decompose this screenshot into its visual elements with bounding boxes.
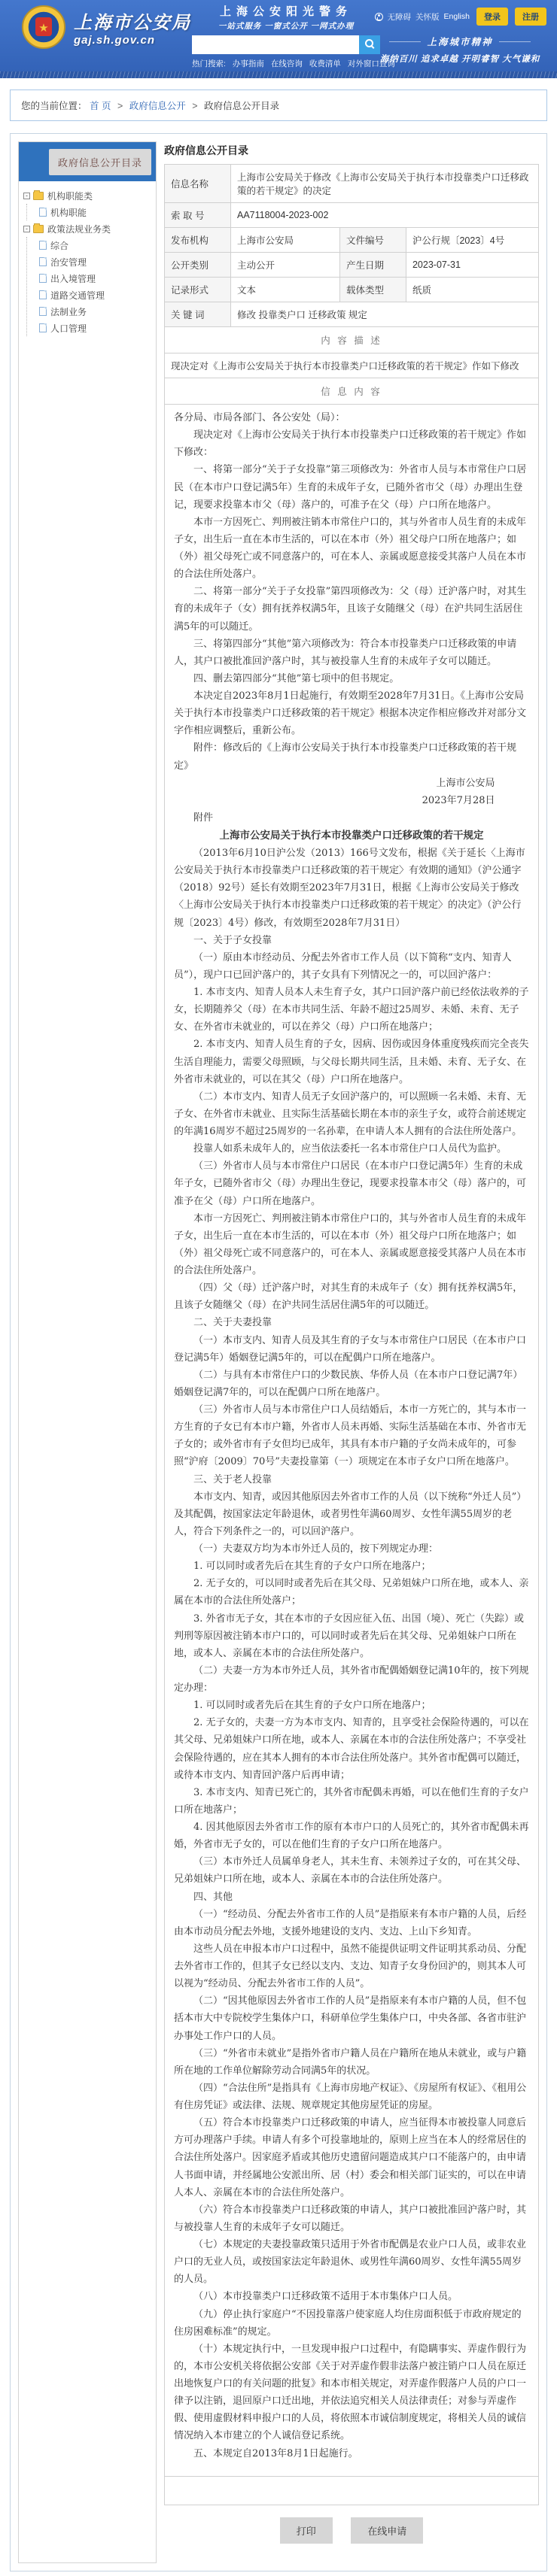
breadcrumb-label: 您的当前位置： [21, 101, 87, 111]
sidebar-title-tab[interactable]: 政府信息公开目录 [49, 149, 151, 175]
document-paragraph: 1. 可以同时或者先后在其生育的子女户口所在地落户； [174, 1558, 529, 1575]
document-paragraph: 上海市公安局关于执行本市投靠类户口迁移政策的若干规定 [174, 827, 529, 845]
table-row: 信 息 内 容 [165, 378, 539, 405]
document-paragraph: 四、其他 [174, 1889, 529, 1906]
document-paragraph: 二、关于夫妻投靠 [174, 1314, 529, 1331]
file-icon [39, 307, 47, 316]
document-paragraph: 投靠人如系未成年人的，应当依法委托一名本市常住户口人员代为监护。 [174, 1140, 529, 1158]
table-row: 各分局、市局各部门、各公安处（局）：现决定对《上海市公安局关于执行本市投靠类户口… [165, 405, 539, 2477]
document-paragraph: 2. 本市支内、知青人员生育的子女，因病、因伤或因身体重度残疾而完全丧失生活自理… [174, 1036, 529, 1088]
field-label: 载体类型 [339, 278, 406, 302]
tree-folder-label: 机构职能类 [47, 190, 93, 202]
document-paragraph: 3. 外省市无子女，其在本市的子女因应征入伍、出国（境）、死亡（失踪）或判刑等原… [174, 1610, 529, 1662]
online-apply-button[interactable]: 在线申请 [351, 2517, 423, 2544]
document-paragraph: 4. 因其他原因去外省市工作的原有本市户口的人员死亡的，其外省市配偶未再婚，外省… [174, 1819, 529, 1853]
document-paragraph: 三、将第四部分“其他”第六项修改为：符合本市投靠类户口迁移政策的申请人，其户口被… [174, 636, 529, 670]
document-paragraph: 1. 本市支内、知青人员本人未生育子女，其户口回沪落户前已经依法收养的子女，长期… [174, 984, 529, 1036]
city-spirit-title: 上海城市精神 [373, 35, 546, 48]
field-value: 文本 [231, 278, 340, 302]
field-label: 发布机构 [165, 228, 231, 253]
field-label: 关 键 词 [165, 302, 231, 327]
field-value: 2023-07-31 [406, 253, 538, 278]
sidebar-header: 政府信息公开目录 [19, 142, 156, 181]
document-paragraph: （八）本市投靠类户口迁移政策不适用于本市集体户口人员。 [174, 2288, 529, 2305]
field-label: 索 取 号 [165, 203, 231, 228]
folder-icon [33, 192, 44, 200]
tree-leaf-label: 机构职能 [50, 206, 87, 219]
site-title: 上海市公安局 [74, 8, 191, 34]
document-paragraph: （四）父（母）迁沪落户时，对其生育的未成年子（女）拥有抚养权满5年，且该子女随继… [174, 1279, 529, 1314]
file-icon [39, 241, 47, 250]
document-paragraph: （一）“经动员、分配去外省市工作的人员”是指原来有本市户籍的人员，后经由本市动员… [174, 1906, 529, 1940]
field-value: 上海市公安局 [231, 228, 340, 253]
document-paragraph: （二）“因其他原因去外省市工作的人员”是指原来有本市户籍的人员，但不包括本市大中… [174, 1992, 529, 2044]
hot-search-label: 热门搜索: [192, 59, 226, 68]
section-header: 内 容 描 述 [165, 327, 539, 353]
document-paragraph: 2. 无子女的，可以同时或者先后在其父母、兄弟姐妹户口所在地，或本人、亲属在本市… [174, 1575, 529, 1610]
breadcrumb-separator: > [117, 101, 123, 111]
field-label: 公开类别 [165, 253, 231, 278]
accessibility-icon [375, 13, 383, 21]
field-value: 主动公开 [231, 253, 340, 278]
sidebar-tree: -机构职能类机构职能-政策法规业务类综合治安管理出入境管理道路交通管理法制业务人… [19, 181, 156, 342]
breadcrumb: 您的当前位置： 首 页 > 政府信息公开 > 政府信息公开目录 [10, 90, 547, 121]
tree-leaf-item[interactable]: 综合 [39, 237, 151, 253]
table-row: 公开类别主动公开产生日期2023-07-31 [165, 253, 539, 278]
main-panel: 政府信息公开目录 -机构职能类机构职能-政策法规业务类综合治安管理出入境管理道路… [10, 133, 547, 2571]
breadcrumb-home-link[interactable]: 首 页 [90, 101, 111, 111]
field-label: 产生日期 [339, 253, 406, 278]
tree-leaf-item[interactable]: 人口管理 [39, 320, 151, 336]
tree-group: -机构职能类机构职能 [23, 187, 151, 220]
field-value: 纸质 [406, 278, 538, 302]
file-icon [39, 290, 47, 299]
description-text: 现决定对《上海市公安局关于执行本市投靠类户口迁移政策的若干规定》作如下修改 [165, 353, 539, 378]
logo-area[interactable]: ★ 上海市公安局 gaj.sh.gov.cn [21, 5, 191, 50]
document-paragraph: （九）停止执行家庭户“不因投靠落户使家庭人均住房面积低于市政府规定的住房困难标准… [174, 2306, 529, 2341]
document-paragraph: （2013年6月10日沪公发（2013）166号文发布，根据《关于延长〈上海市公… [174, 845, 529, 932]
print-button[interactable]: 打印 [280, 2517, 333, 2544]
tree-folder-item[interactable]: -机构职能类 [23, 187, 151, 204]
svg-text:★: ★ [38, 22, 48, 35]
tree-leaf-label: 出入境管理 [50, 272, 96, 285]
document-paragraph: （三）外省市人员与本市常住户口人员结婚后，本市一方死亡的，其与本市一方生育的子女… [174, 1401, 529, 1471]
document-body: 各分局、市局各部门、各公安处（局）：现决定对《上海市公安局关于执行本市投靠类户口… [174, 409, 529, 2462]
document-paragraph: （一）夫妻双方均为本市外迁人员的，按下列规定办理： [174, 1540, 529, 1558]
page-title: 政府信息公开目录 [164, 143, 539, 158]
document-paragraph: 本决定自2023年8月1日起施行，有效期至2028年7月31日。《上海市公安局关… [174, 687, 529, 739]
hot-search-link[interactable]: 办事指南 [233, 59, 264, 68]
document-paragraph: （七）本规定的夫妻投靠政策只适用于外省市配偶是农业户口人员，或非农业户口的无业人… [174, 2236, 529, 2288]
hot-search-link[interactable]: 在线咨询 [271, 59, 303, 68]
document-paragraph: （三）外省市人员与本市常住户口居民（在本市户口登记满5年）生育的未成年子女，已随… [174, 1158, 529, 1209]
divider-line [499, 41, 531, 42]
site-header: ★ 上海市公安局 gaj.sh.gov.cn 上海公安阳光警务 一站式服务 一窗… [0, 0, 557, 71]
document-paragraph: 本市一方因死亡、判刑被注销本市常住户口的，其与外省市人员生育的未成年子女，出生后… [174, 1210, 529, 1280]
file-icon [39, 274, 47, 283]
accessibility-link[interactable]: 无障碍 [388, 11, 412, 23]
police-badge-logo-icon: ★ [21, 5, 66, 50]
document-paragraph: （五）符合本市投靠类户口迁移政策的申请人，应当征得本市被投靠人同意后方可办理落户… [174, 2114, 529, 2201]
action-button-row: 打印 在线申请 [164, 2517, 539, 2544]
document-paragraph: （三）本市外迁人员属单身老人，其未生育、未领养过子女的，可在其父母、兄弟姐妹户口… [174, 1853, 529, 1888]
english-link[interactable]: English [444, 12, 470, 21]
tree-folder-item[interactable]: -政策法规业务类 [23, 220, 151, 237]
document-paragraph: 1. 可以同时或者先后在其生育的子女户口所在地落户； [174, 1697, 529, 1714]
table-row: 发布机构上海市公安局文件编号沪公行规〔2023〕4号 [165, 228, 539, 253]
empty-row [165, 2476, 539, 2505]
breadcrumb-gov-info-link[interactable]: 政府信息公开 [129, 101, 186, 111]
header-right: 无障碍 关怀版 English 登录 注册 上海城市精神 海纳百川 追求卓越 开… [373, 8, 546, 65]
tree-leaf-item[interactable]: 治安管理 [39, 253, 151, 270]
field-value: 修改 投靠类户口 迁移政策 规定 [231, 302, 539, 327]
care-mode-link[interactable]: 关怀版 [415, 11, 440, 23]
document-paragraph: 现决定对《上海市公安局关于执行本市投靠类户口迁移政策的若干规定》作如下修改： [174, 426, 529, 461]
document-paragraph: （一）原由本市经动员、分配去外省市工作人员（以下简称“支内、知青人员”），现户口… [174, 949, 529, 984]
city-spirit-motto: 海纳百川 追求卓越 开明睿智 大气谦和 [373, 53, 546, 65]
document-paragraph: 五、本规定自2013年8月1日起施行。 [174, 2445, 529, 2462]
header-decorative-strip [0, 71, 557, 78]
site-domain: gaj.sh.gov.cn [74, 34, 191, 47]
search-input[interactable] [192, 35, 359, 54]
document-paragraph: （一）本市支内、知青人员及其生育的子女与本市常住户口居民（在本市户口登记满5年）… [174, 1332, 529, 1367]
tree-leaf-label: 综合 [50, 239, 68, 252]
slogan-subtitle: 一站式服务 一窗式公开 一网式办理 [192, 20, 380, 32]
login-button[interactable]: 登录 [476, 8, 508, 26]
document-paragraph: 一、将第一部分“关于子女投靠”第三项修改为：外省市人员与本市常住户口居民（在本市… [174, 461, 529, 513]
document-paragraph: 2. 无子女的，夫妻一方为本市支内、知青的，且享受社会保险待遇的，可以在其父母、… [174, 1714, 529, 1784]
content-area: 政府信息公开目录 信息名称上海市公安局关于修改《上海市公安局关于执行本市投靠类户… [164, 141, 539, 2563]
breadcrumb-current: 政府信息公开目录 [204, 101, 279, 111]
table-row: 内 容 描 述 [165, 327, 539, 353]
sidebar: 政府信息公开目录 -机构职能类机构职能-政策法规业务类综合治安管理出入境管理道路… [18, 141, 157, 2563]
register-button[interactable]: 注册 [515, 8, 546, 26]
table-row: 记录形式文本载体类型纸质 [165, 278, 539, 302]
divider-line [389, 41, 421, 42]
tree-children: 综合治安管理出入境管理道路交通管理法制业务人口管理 [26, 237, 151, 336]
file-icon [39, 208, 47, 217]
hot-search-link[interactable]: 收费清单 [309, 59, 341, 68]
document-paragraph: 本市支内、知青，或因其他原因去外省市工作的人员（以下统称“外迁人员”）及其配偶，… [174, 1488, 529, 1540]
field-value: 上海市公安局关于修改《上海市公安局关于执行本市投靠类户口迁移政策的若干规定》的决… [231, 165, 539, 203]
field-label: 记录形式 [165, 278, 231, 302]
tree-leaf-item[interactable]: 出入境管理 [39, 270, 151, 287]
table-row [165, 2476, 539, 2505]
header-center: 上海公安阳光警务 一站式服务 一窗式公开 一网式办理 热门搜索:办事指南在线咨询… [192, 3, 380, 69]
tree-leaf-label: 道路交通管理 [50, 289, 105, 302]
table-row: 信息名称上海市公安局关于修改《上海市公安局关于执行本市投靠类户口迁移政策的若干规… [165, 165, 539, 203]
document-paragraph: 一、关于子女投靠 [174, 932, 529, 949]
document-paragraph: （六）符合本市投靠类户口迁移政策的申请人，其户口被批准回沪落户时，其与被投靠人生… [174, 2201, 529, 2236]
document-paragraph: 二、将第一部分“关于子女投靠”第四项修改为：父（母）迁沪落户时，对其生育的未成年… [174, 583, 529, 635]
collapse-icon[interactable]: - [23, 226, 30, 232]
file-icon [39, 257, 47, 266]
tree-leaf-item[interactable]: 机构职能 [39, 204, 151, 220]
document-paragraph: 上海市公安局 [174, 775, 529, 792]
document-paragraph: （二）夫妻一方为本市外迁人员，其外省市配偶婚姻登记满10年的，按下列规定办理： [174, 1662, 529, 1697]
document-paragraph: （二）本市支内、知青人员无子女回沪落户的，可以照顾一名未婚、未育、无子女、在外省… [174, 1088, 529, 1140]
document-paragraph: （四）“合法住所”是指具有《上海市房地产权证》、《房屋所有权证》、《租用公有住房… [174, 2080, 529, 2114]
page-root: ★ 上海市公安局 gaj.sh.gov.cn 上海公安阳光警务 一站式服务 一窗… [0, 0, 557, 2571]
tree-children: 机构职能 [26, 204, 151, 220]
document-paragraph: 附件：修改后的《上海市公安局关于执行本市投靠类户口迁移政策的若干规定》 [174, 739, 529, 774]
document-paragraph: 这些人员在申报本市户口过程中，虽然不能提供证明文件证明其系动员、分配去外省市工作… [174, 1940, 529, 1992]
document-paragraph: 3. 本市支内、知青已死亡的，其外省市配偶未再婚，可以在他们生育的子女户口所在地… [174, 1784, 529, 1819]
document-paragraph: 各分局、市局各部门、各公安处（局）： [174, 409, 529, 426]
tree-leaf-item[interactable]: 道路交通管理 [39, 287, 151, 303]
field-label: 信息名称 [165, 165, 231, 203]
hot-search-row: 热门搜索:办事指南在线咨询收费清单对外窗口查询 [192, 58, 380, 69]
folder-icon [33, 225, 44, 233]
document-paragraph: 本市一方因死亡、判刑被注销本市常住户口的，其与外省市人员生育的未成年子女，出生后… [174, 514, 529, 584]
document-paragraph: 附件 [174, 809, 529, 827]
info-table: 信息名称上海市公安局关于修改《上海市公安局关于执行本市投靠类户口迁移政策的若干规… [164, 164, 539, 2505]
tree-leaf-item[interactable]: 法制业务 [39, 303, 151, 320]
table-row: 关 键 词修改 投靠类户口 迁移政策 规定 [165, 302, 539, 327]
document-paragraph: （十）本规定执行中，一旦发现申报户口过程中，有隐瞒事实、弄虚作假行为的，本市公安… [174, 2341, 529, 2445]
tree-folder-label: 政策法规业务类 [47, 223, 111, 235]
document-paragraph: 三、关于老人投靠 [174, 1471, 529, 1488]
document-paragraph: （二）与具有本市常住户口的少数民族、华侨人员（在本市户口登记满7年）婚姻登记满7… [174, 1367, 529, 1401]
collapse-icon[interactable]: - [23, 193, 30, 199]
tree-group: -政策法规业务类综合治安管理出入境管理道路交通管理法制业务人口管理 [23, 220, 151, 336]
document-paragraph: 2023年7月28日 [174, 792, 529, 809]
tree-leaf-label: 法制业务 [50, 305, 87, 318]
document-cell: 各分局、市局各部门、各公安处（局）：现决定对《上海市公安局关于执行本市投靠类户口… [165, 405, 539, 2477]
document-paragraph: （三）“外省市未就业”是指外省市户籍人员在户籍所在地从未就业，或与户籍所在地的工… [174, 2045, 529, 2080]
slogan-title: 上海公安阳光警务 [192, 3, 380, 19]
field-value: 沪公行规〔2023〕4号 [406, 228, 538, 253]
tree-leaf-label: 治安管理 [50, 256, 87, 269]
file-icon [39, 323, 47, 332]
tree-leaf-label: 人口管理 [50, 322, 87, 335]
section-header: 信 息 内 容 [165, 378, 539, 405]
table-row: 现决定对《上海市公安局关于执行本市投靠类户口迁移政策的若干规定》作如下修改 [165, 353, 539, 378]
breadcrumb-separator: > [192, 101, 197, 111]
field-label: 文件编号 [339, 228, 406, 253]
field-value: AA7118004-2023-002 [231, 203, 539, 228]
table-row: 索 取 号AA7118004-2023-002 [165, 203, 539, 228]
document-paragraph: 四、删去第四部分“其他”第七项中的但书规定。 [174, 670, 529, 687]
